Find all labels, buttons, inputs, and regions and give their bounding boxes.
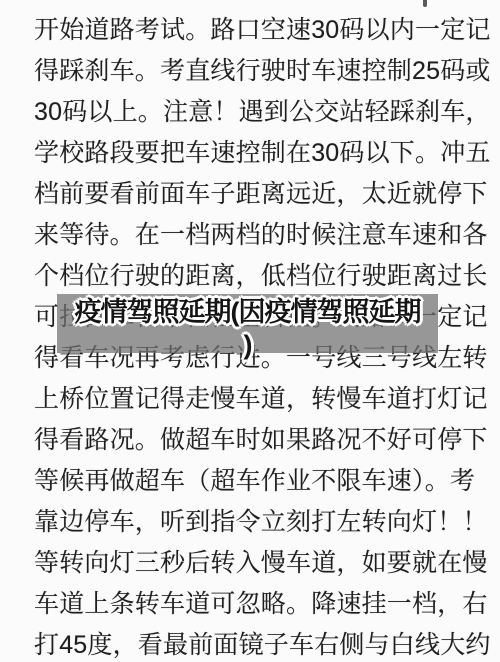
- watermark-title-line2: ): [57, 329, 438, 362]
- text-line: 等候再做超车（超车作业不限车速）。考: [34, 461, 500, 502]
- text-line: 得看路况。做超车时如果路况不好可停下: [34, 420, 500, 461]
- text-line: 得踩刹车。考直线行驶时车速控制25码或: [34, 51, 500, 92]
- watermark-title-line1: 疫情驾照延期(因疫情驾照延期: [57, 296, 438, 329]
- text-line: 车道上条转车道可忽略。降速挂一档，右: [34, 584, 500, 625]
- text-line: 来等待。在一档两档的时候注意车速和各: [34, 215, 500, 256]
- cropped-char-remnant: [423, 0, 427, 7]
- text-line: 上桥位置记得走慢车道，转慢车道打灯记: [34, 379, 500, 420]
- text-line: 等转向灯三秒后转入慢车道，如要就在慢: [34, 543, 500, 584]
- text-line: 学校路段要把车速控制在30码以下。冲五: [34, 133, 500, 174]
- text-line: 档前要看前面车子距离远近，太近就停下: [34, 174, 500, 215]
- text-line: 个档位行驶的距离，低档位行驶距离过长: [34, 256, 500, 297]
- text-line: 30码以上。注意！遇到公交站轻踩刹车，: [34, 92, 500, 133]
- text-line: 开始道路考试。路口空速30码以内一定记: [34, 10, 500, 51]
- text-line: 打45度，看最前面镜子车右侧与白线大约: [34, 625, 500, 662]
- watermark-title: 疫情驾照延期(因疫情驾照延期 ): [57, 296, 438, 362]
- article-page: 开始道路考试。路口空速30码以内一定记得踩刹车。考直线行驶时车速控制25码或30…: [0, 0, 500, 662]
- text-line: 靠边停车，听到指令立刻打左转向灯！！: [34, 502, 500, 543]
